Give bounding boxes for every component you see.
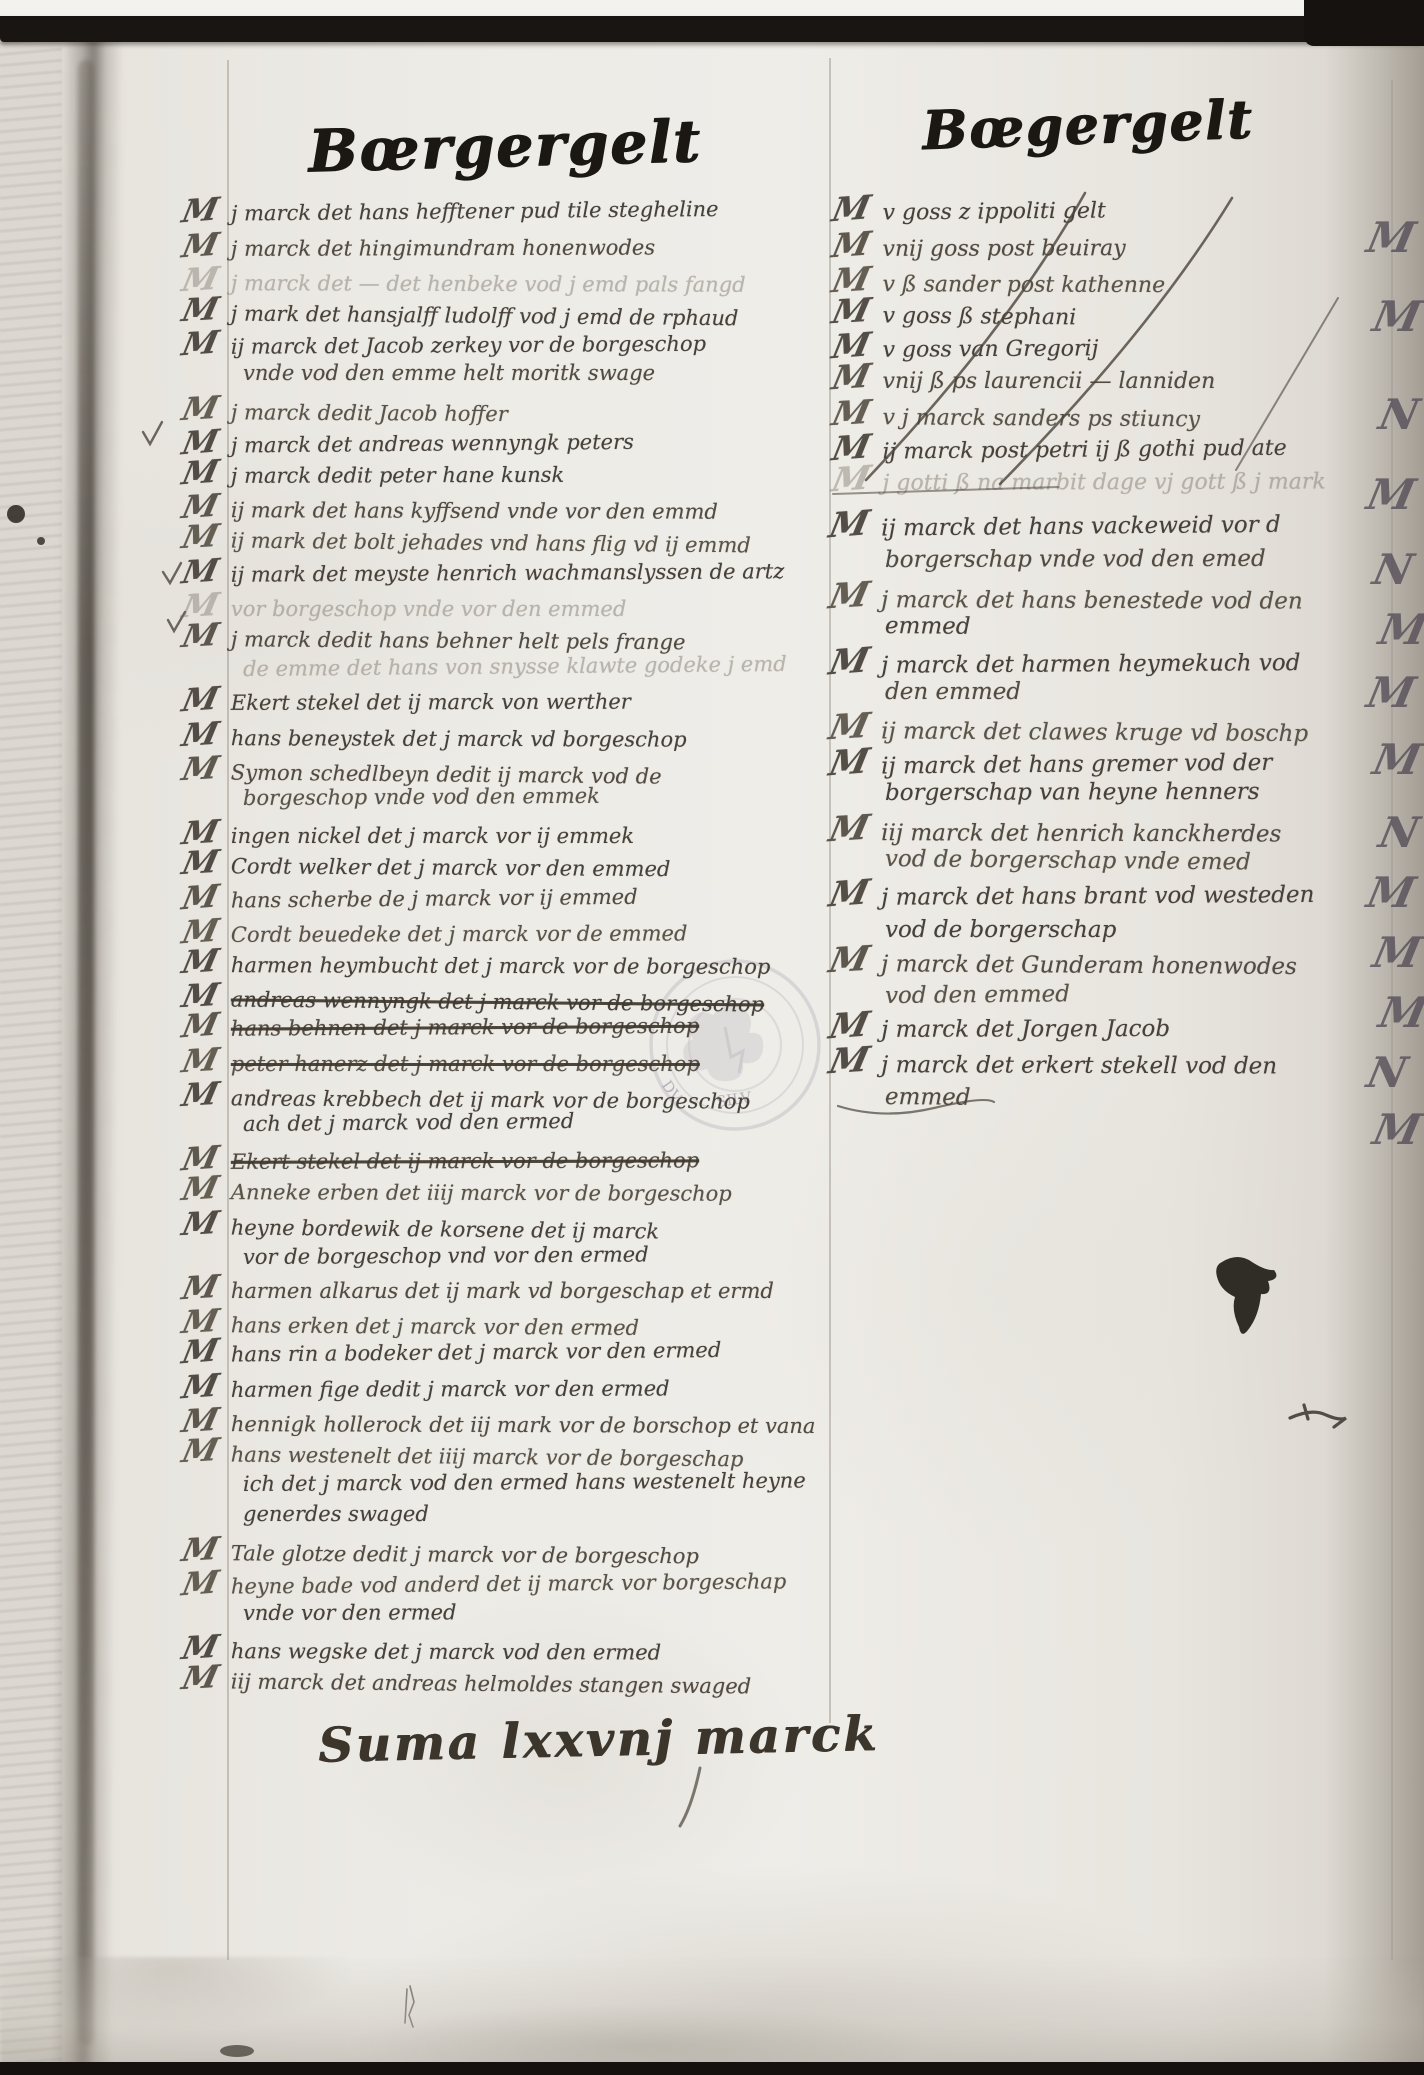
margin-mark: M xyxy=(830,363,873,392)
ledger-entry: Mij marck det hans vackeweid vor d xyxy=(830,508,1281,542)
ledger-entry: Mj marck det hans benestede vod den xyxy=(830,583,1303,614)
margin-mark: M xyxy=(180,686,221,714)
margin-mark: M xyxy=(830,399,873,428)
ledger-entry: Mhans westenelt det iiij marck vor de bo… xyxy=(183,1438,744,1471)
margin-mark: M xyxy=(180,1407,221,1434)
ledger-entry: Mij marck post petri ij ß gothi pud ate xyxy=(833,431,1287,465)
ledger-entry: MAnneke erben det iiij marck vor de borg… xyxy=(183,1176,732,1206)
margin-mark: M xyxy=(180,458,221,486)
margin-mark: M xyxy=(180,1175,221,1202)
margin-mark: M xyxy=(827,1047,872,1077)
facing-page-letter: M xyxy=(1369,292,1424,341)
margin-mark: M xyxy=(180,721,221,748)
ledger-entry: Mj marck dedit Jacob hoffer xyxy=(183,396,508,426)
header-left: Bœrgergelt xyxy=(307,107,702,185)
ledger-entry: Mij mark det bolt jehades vnd hans flig … xyxy=(183,524,751,557)
ledger-entry: Mij mark det meyste henrich wachmanslyss… xyxy=(183,555,784,587)
margin-mark: M xyxy=(827,1012,872,1042)
ledger-entry: Mj marck det erkert stekell vod den xyxy=(830,1048,1277,1079)
ledger-entry: emmed xyxy=(885,1084,971,1111)
ledger-entry: Mhennigk hollerock det iij mark vor de b… xyxy=(183,1408,816,1438)
margin-mark: M xyxy=(180,523,221,550)
photo-top-corner xyxy=(1304,0,1424,46)
facing-page-letter: M xyxy=(1363,868,1420,917)
margin-mark: M xyxy=(827,880,872,910)
ledger-entry: Mheyne bade vod anderd det ij marck vor … xyxy=(183,1566,787,1600)
ledger-entry: Mj marck det Jorgen Jacob xyxy=(830,1012,1170,1043)
ledger-entry: generdes swaged xyxy=(243,1502,429,1526)
margin-mark: M xyxy=(180,1664,221,1691)
margin-mark: M xyxy=(180,231,221,259)
ledger-entry: Mij mark det hans kyffsend vnde vor den … xyxy=(183,494,718,524)
margin-mark: M xyxy=(180,1081,221,1108)
ledger-entry: Mharmen heymbucht det j marck vor de bor… xyxy=(183,949,770,979)
margin-mark: M xyxy=(180,1570,221,1598)
ledger-entry: vnde vod den emme helt moritk swage xyxy=(243,361,655,385)
margin-mark: M xyxy=(180,1437,221,1464)
ledger-entry: vod den emmed xyxy=(885,981,1070,1009)
ledger-entry: Mhans behnen det j marck vor de borgesch… xyxy=(183,1010,699,1041)
margin-mark: M xyxy=(180,948,221,975)
margin-mark: M xyxy=(180,1012,221,1040)
margin-mark: M xyxy=(827,946,872,976)
margin-mark: M xyxy=(827,713,872,743)
ledger-entry: Mj marck det andreas wennyngk peters xyxy=(183,426,634,458)
ledger-entry: Mhans wegske det j marck vod den ermed xyxy=(183,1635,661,1665)
ledger-entry: Mheyne bordewik de korsene det ij marck xyxy=(183,1211,659,1243)
ledger-entry: Mij marck det hans gremer vod der xyxy=(830,746,1273,780)
margin-mark: M xyxy=(830,464,873,493)
facing-page-letter: M xyxy=(1369,928,1424,977)
ledger-entry: vor de borgeschop vnd vor den ermed xyxy=(243,1243,649,1270)
margin-mark: M xyxy=(180,266,221,293)
facing-page-letter: M xyxy=(1369,1105,1424,1154)
margin-mark: M xyxy=(180,883,221,911)
ledger-entry: Mj marck dedit peter hane kunsk xyxy=(183,459,564,488)
ledger-entry: Miij marck det andreas helmoldes stangen… xyxy=(183,1665,751,1698)
ledger-entry: Mj marck det hans hefftener pud tile ste… xyxy=(183,193,719,226)
ledger-entry: Mj mark det hansjalff ludolff vod j emd … xyxy=(183,297,739,330)
ledger-entry: den emmed xyxy=(885,679,1021,705)
margin-mark: M xyxy=(180,296,221,323)
ledger-entry: Mj gotti ß na marbit dage vj gott ß j ma… xyxy=(833,464,1326,496)
margin-mark: M xyxy=(180,395,221,422)
margin-mark: M xyxy=(827,582,872,612)
ledger-entry: Mhans scherbe de j marck vor ij emmed xyxy=(183,880,638,912)
ledger-entry: Miij marck det henrich kanckherdes xyxy=(830,816,1281,847)
photo-bottom-band xyxy=(0,2062,1424,2075)
ledger-entry: emmed xyxy=(885,613,971,640)
ledger-entry: Mvnij ß ps laurencii — lanniden xyxy=(833,364,1215,394)
facing-page-letter: M xyxy=(1369,735,1424,784)
ledger-entry: MTale glotze dedit j marck vor de borges… xyxy=(183,1537,699,1568)
margin-mark: M xyxy=(180,622,221,649)
ledger-entry: borgerschap vnde vod den emed xyxy=(885,546,1266,573)
ledger-entry: Mj marck det — det henbeke vod j emd pal… xyxy=(183,267,746,297)
ledger-entry: Mpeter hanerz det j marck vor de borgesc… xyxy=(183,1048,700,1076)
ledger-entry: Mharmen alkarus det ij mark vd borgescha… xyxy=(183,1275,774,1303)
margin-mark: M xyxy=(830,194,873,223)
ledger-entry: vod de borgerschap xyxy=(885,917,1116,943)
ledger-entry: MCordt beuedeke det j marck vor de emmed xyxy=(183,918,687,948)
ledger-entry: Mharmen fige dedit j marck vor den ermed xyxy=(183,1372,670,1402)
sum-line: Suma lxxvnj marck xyxy=(317,1706,879,1774)
facing-page-letter: M xyxy=(1363,470,1420,519)
margin-mark: M xyxy=(827,814,872,844)
manuscript-photo: Bœrgergelt Bœgergelt DV SILV Mj marck de… xyxy=(0,0,1424,2075)
margin-mark: M xyxy=(827,748,872,779)
ledger-entry: MCordt welker det j marck vor den emmed xyxy=(183,850,671,881)
ledger-entry: Mj marck dedit hans behner helt pels fra… xyxy=(183,623,686,654)
ledger-entry: Mhans beneystek det j marck vd borgescho… xyxy=(183,722,687,752)
margin-mark: M xyxy=(180,1337,221,1365)
photo-top-band xyxy=(0,16,1424,42)
facing-page-letter: M xyxy=(1363,668,1420,717)
margin-mark: M xyxy=(180,592,221,620)
page-bottom-folds xyxy=(0,1957,1424,2067)
ledger-entry: borgeschop vnde vod den emmek xyxy=(243,784,600,810)
ledger-entry: Mingen nickel det j marck vor ij emmek xyxy=(183,820,634,848)
ledger-entry: Mhans rin a bodeker det j marck vor den … xyxy=(183,1334,721,1367)
margin-mark: M xyxy=(180,1210,221,1237)
margin-mark: M xyxy=(180,1046,221,1074)
margin-mark: M xyxy=(180,1536,221,1563)
ledger-entry: Mv j marck sanders ps stiuncy xyxy=(833,400,1200,432)
margin-mark: M xyxy=(180,330,221,358)
margin-mark: M xyxy=(830,230,873,259)
margin-mark: M xyxy=(180,557,221,585)
gutter-crease xyxy=(78,60,94,2045)
margin-mark: M xyxy=(180,1372,221,1400)
ledger-entry: Mj marck det Gunderam honenwodes xyxy=(830,947,1297,980)
margin-mark: M xyxy=(180,1274,221,1302)
ledger-entry: Mj marck det hingimundram honenwodes xyxy=(183,231,655,260)
margin-mark: M xyxy=(180,196,221,224)
ledger-entry: MEkert stekel det ij marck von werther xyxy=(183,686,631,715)
facing-page-letter: M xyxy=(1363,213,1420,262)
ledger-entry: ach det j marck vod den ermed xyxy=(243,1109,574,1136)
ledger-entry: Mj marck det hans brant vod westeden xyxy=(830,878,1315,911)
ledger-entry: vod de borgerschap vnde emed xyxy=(885,846,1251,875)
ledger-entry: Mvor borgeschop vnde vor den emmed xyxy=(183,593,626,621)
ledger-entry: borgerschap van heyne henners xyxy=(885,779,1260,806)
margin-mark: M xyxy=(830,297,873,325)
margin-mark: M xyxy=(180,849,221,876)
ledger-entry: Mv ß sander post kathenne xyxy=(833,267,1165,298)
margin-mark: M xyxy=(827,510,872,541)
ledger-entry: ich det j marck vod den ermed hans weste… xyxy=(243,1469,806,1497)
ledger-entry: Mv goss z ippoliti gelt xyxy=(833,193,1106,226)
header-right: Bœgergelt xyxy=(921,88,1254,162)
ledger-entry: Mij marck det Jacob zerkey vor de borges… xyxy=(183,328,706,359)
ledger-entry: Mvnij goss post beuiray xyxy=(833,231,1126,262)
margin-mark: M xyxy=(827,647,872,677)
ledger-entry: vnde vor den ermed xyxy=(243,1600,457,1625)
ledger-entry: MEkert stekel det ij marck vor de borges… xyxy=(183,1145,699,1175)
ledger-entry: Mj marck det harmen heymekuch vod xyxy=(830,646,1301,679)
ledger-entry: Mij marck det clawes kruge vd boschp xyxy=(830,714,1308,747)
margin-mark: M xyxy=(180,755,221,782)
